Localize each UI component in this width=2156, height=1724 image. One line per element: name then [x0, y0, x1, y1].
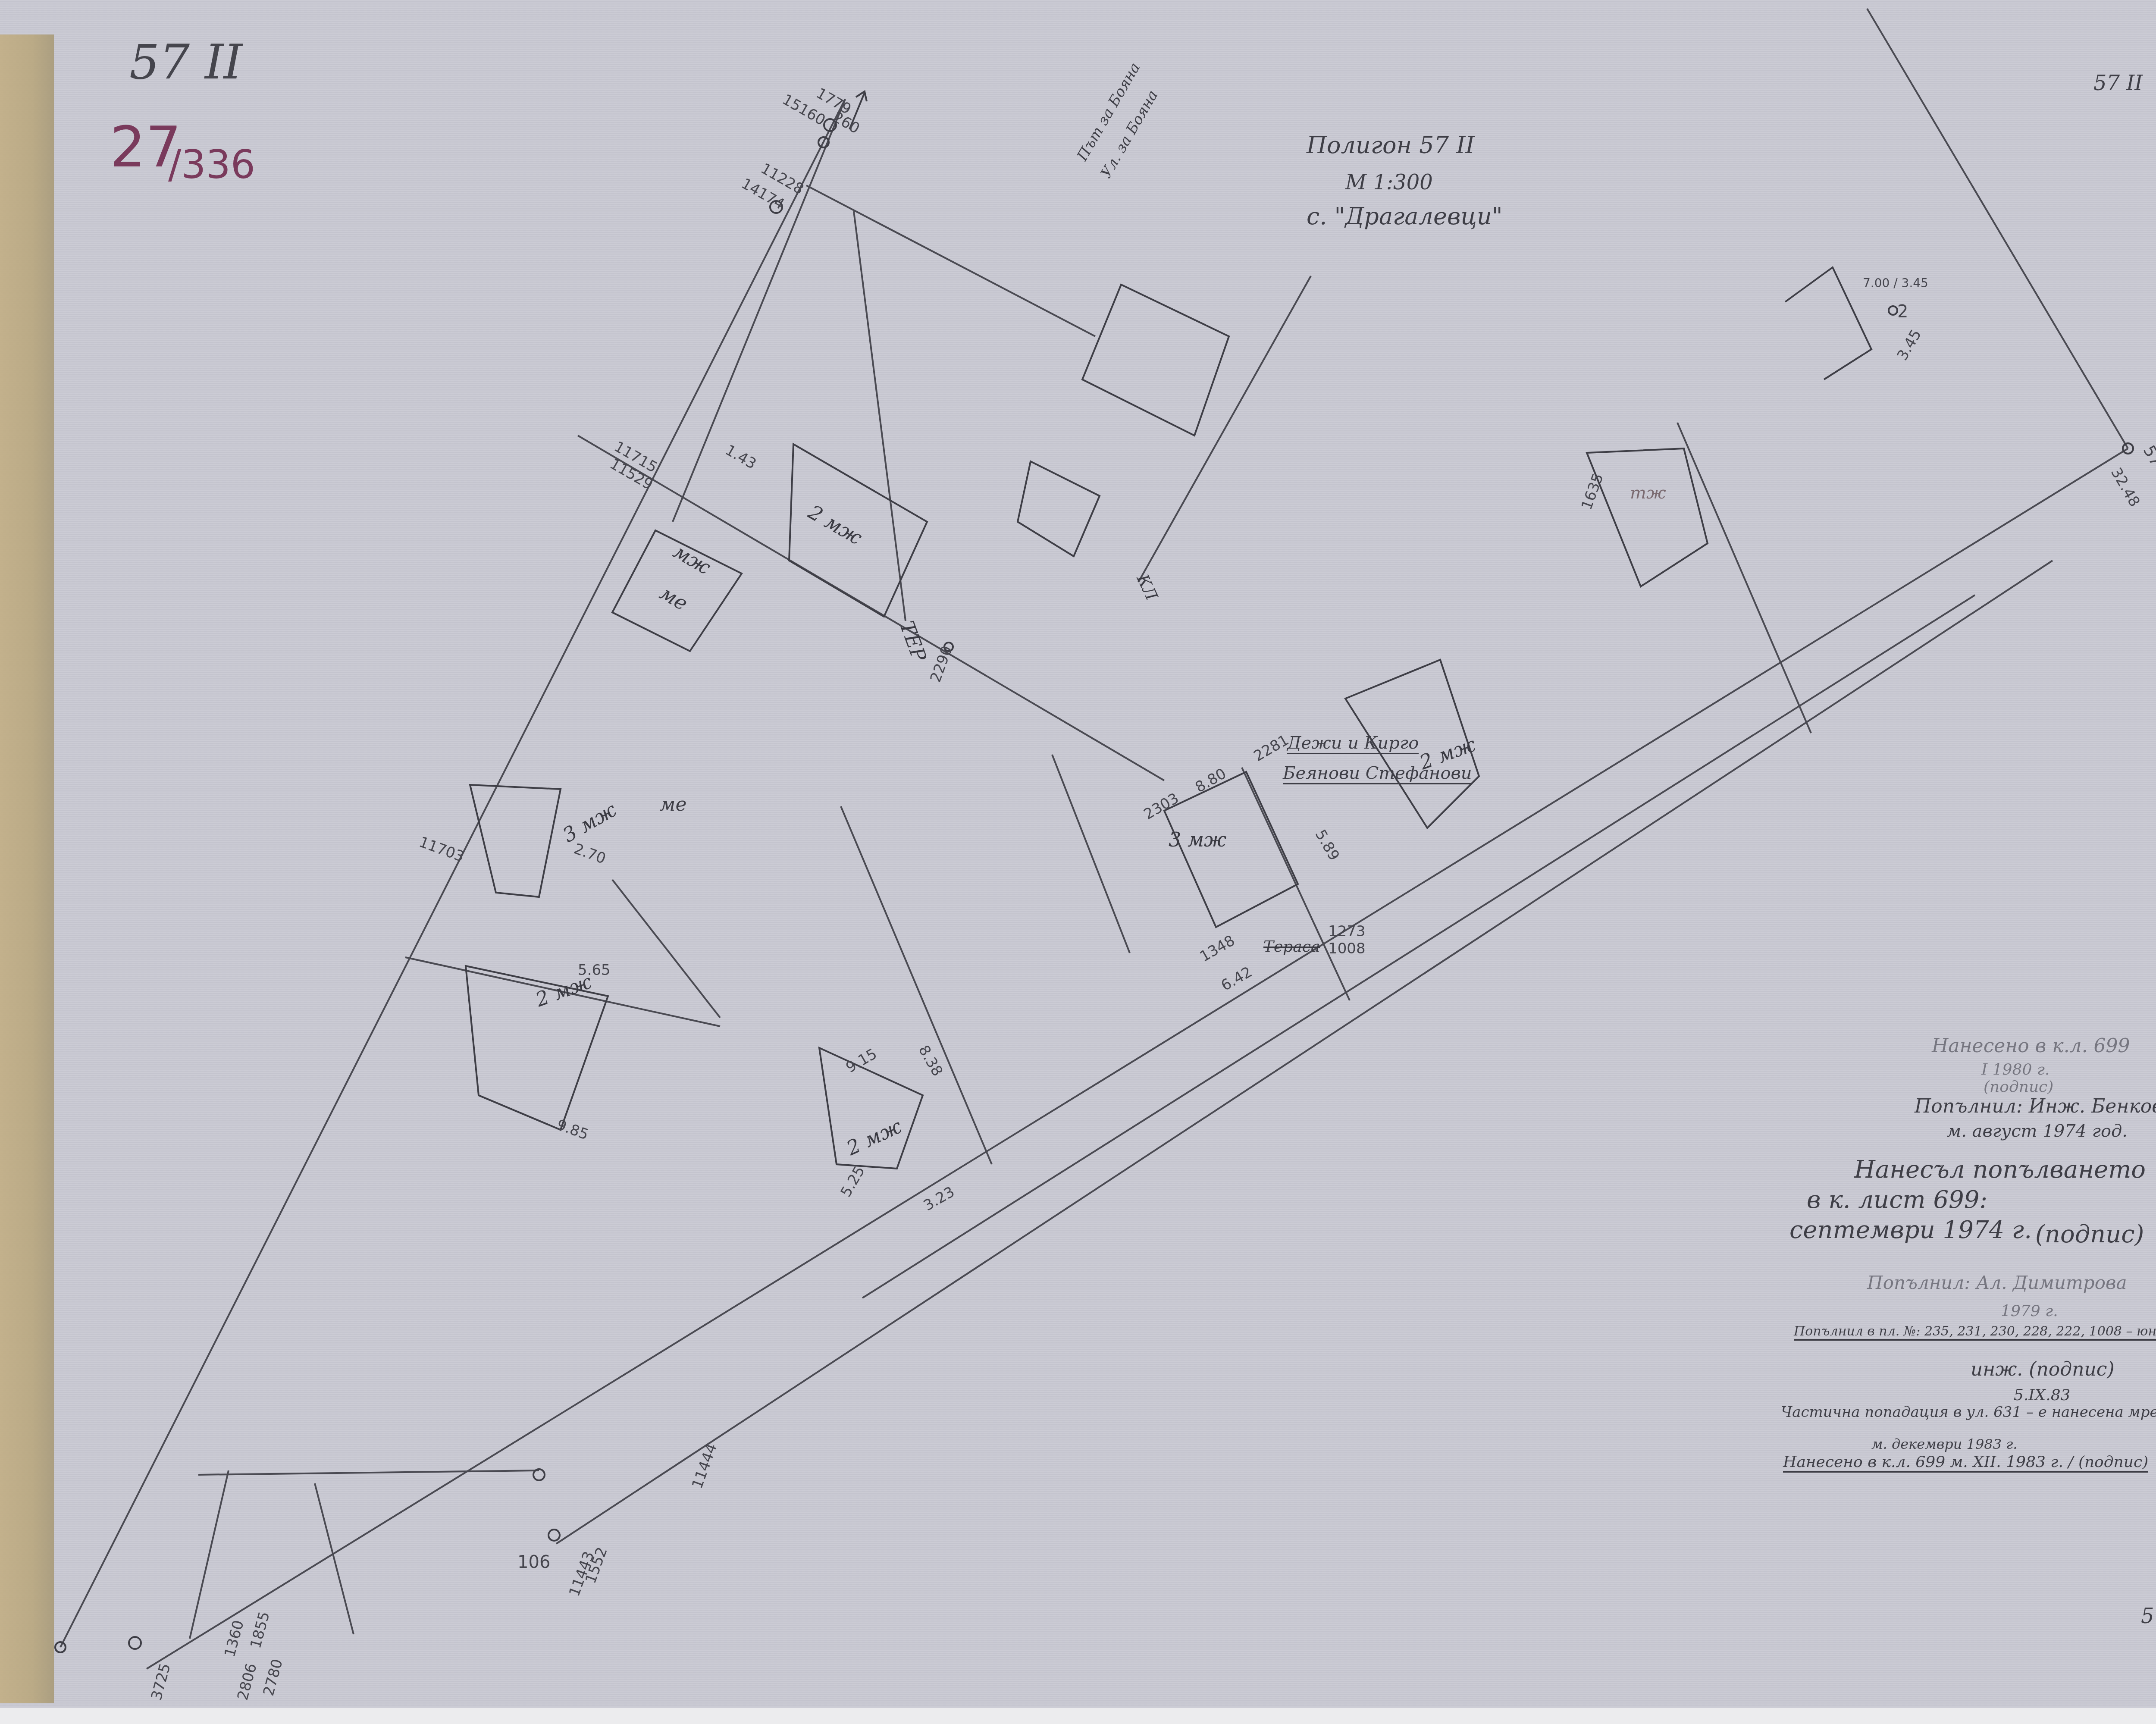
survey-line-road — [147, 448, 2128, 1669]
survey-line-ne — [1867, 9, 2128, 448]
building-label: Тераса — [1263, 938, 1320, 956]
sheet-number-top-left: 57 II — [129, 34, 242, 90]
survey-point-value: 1008 — [1328, 940, 1366, 957]
note-5-date: 5.IX.83 — [2014, 1386, 2070, 1404]
buildings-layer — [466, 267, 1871, 1169]
archive-ref-sub: /336 — [168, 142, 255, 188]
station-marker — [1889, 306, 1897, 315]
survey-point-label: 106 — [517, 1552, 550, 1572]
note-1-signature: (подпис) — [1984, 1078, 2053, 1096]
building-outline — [470, 785, 561, 897]
building-label: тж — [1630, 483, 1666, 503]
note-2: Попълнил: Инж. Бенков — [1915, 1095, 2156, 1117]
note-5-signature: инж. (подпис) — [1971, 1358, 2115, 1380]
building-outline — [1785, 267, 1871, 379]
measurement-label: 5.65 — [578, 962, 611, 979]
note-3-line3: септември 1974 г. — [1789, 1216, 2032, 1244]
note-4-year: 1979 г. — [2001, 1302, 2058, 1320]
note-1: Нанесено в к.л. 699 — [1932, 1035, 2130, 1057]
area-label: ме — [660, 793, 687, 815]
building-label: 3 мж — [1169, 828, 1226, 851]
sheet-number-top-right: 57 II — [2093, 71, 2143, 95]
note-5: Попълнил в пл. №: 235, 231, 230, 228, 22… — [1794, 1324, 2156, 1341]
note-3-line2: в к. лист 699: — [1807, 1186, 1987, 1214]
note-4: Попълнил: Ал. Димитрова — [1867, 1272, 2127, 1293]
building-outline — [1587, 448, 1708, 586]
note-2-date: м. август 1974 год. — [1947, 1121, 2128, 1141]
sheet-number-bottom-right: 57 II — [2141, 1604, 2156, 1628]
survey-point-value: 7.00 / 3.45 — [1863, 276, 1928, 290]
building-outline — [1018, 461, 1100, 556]
note-1-date: I 1980 г. — [1981, 1061, 2049, 1078]
note-3-line1: Нанесъл попълването — [1854, 1156, 2146, 1184]
station-marker — [548, 1530, 560, 1541]
note-7: Нанесено в к.л. 699 м. XII. 1983 г. / (п… — [1783, 1453, 2148, 1473]
scale-label: М 1:300 — [1345, 170, 1433, 194]
building-outline — [1082, 285, 1229, 436]
survey-line-west — [60, 99, 845, 1647]
survey-point-label: 1273 — [1328, 923, 1366, 940]
scan-edge-bottom — [0, 1708, 2156, 1724]
polygon-label: Полигон 57 II — [1307, 132, 1475, 159]
note-6: Частична попадация в ул. 631 – е нанесен… — [1781, 1404, 2156, 1421]
station-marker — [129, 1637, 141, 1649]
owner-label-line1: Дежи и Кирго — [1287, 733, 1419, 754]
survey-point-label: 2 — [1897, 302, 1908, 322]
locality-label: с. "Драгалевци" — [1307, 203, 1503, 230]
note-7-date: м. декември 1983 г. — [1871, 1436, 2018, 1452]
note-3-signature: (подпис) — [2035, 1220, 2144, 1248]
